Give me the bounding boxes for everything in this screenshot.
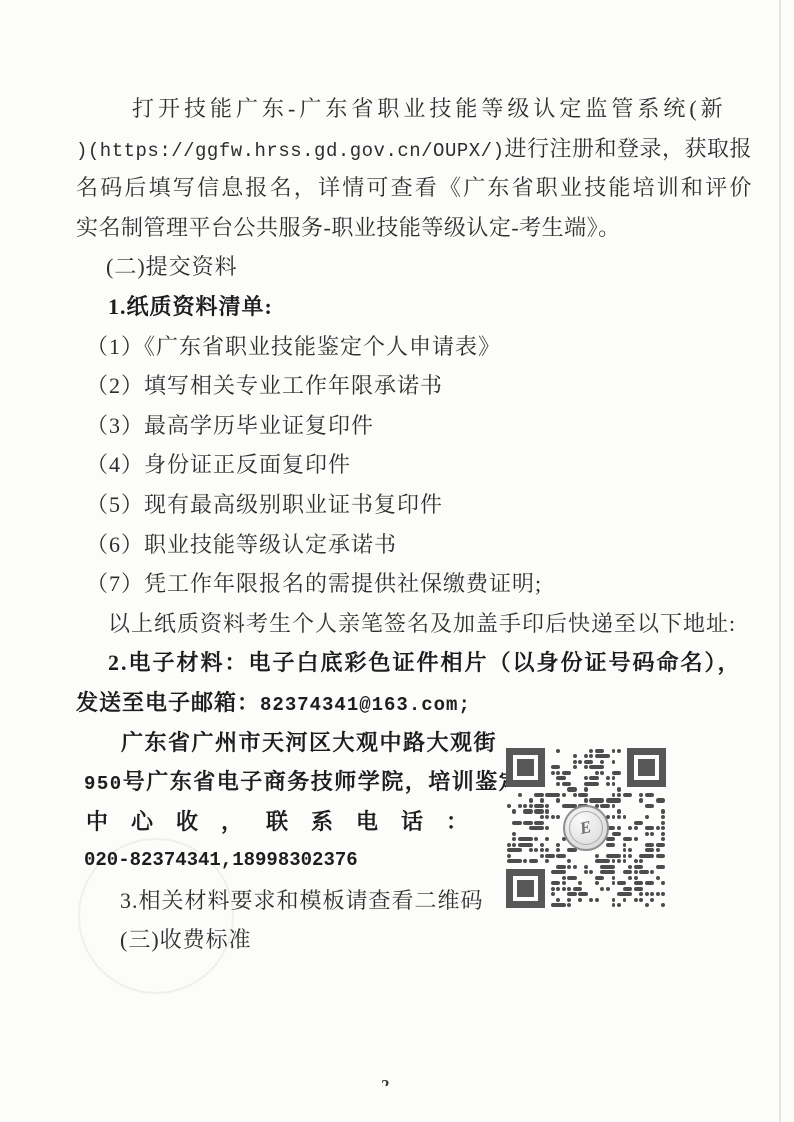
qr-module xyxy=(567,876,576,880)
qr-module xyxy=(556,776,565,780)
qr-module xyxy=(567,865,571,869)
scanned-document-page: 打开技能广东-广东省职业技能等级认定监管系统(新 )(https://ggfw.… xyxy=(0,0,794,1122)
qr-module xyxy=(573,887,582,891)
qr-module xyxy=(645,843,654,847)
qr-module xyxy=(600,870,615,874)
qr-module xyxy=(518,843,533,847)
qr-module xyxy=(584,765,588,769)
qr-module xyxy=(661,832,665,836)
list-heading-paper-materials: 1.纸质资料清单: xyxy=(76,287,736,327)
qr-module xyxy=(573,760,577,764)
qr-module xyxy=(589,749,593,753)
paragraph-registration-line-2: )(https://ggfw.hrss.gd.gov.cn/OUPX/)进行注册… xyxy=(76,129,736,169)
qr-module xyxy=(612,876,616,880)
qr-module xyxy=(606,843,615,847)
qr-module xyxy=(612,776,616,780)
qr-module xyxy=(545,854,554,858)
qr-module xyxy=(589,870,593,874)
qr-module xyxy=(656,843,665,847)
qr-module xyxy=(589,776,598,780)
qr-module xyxy=(540,798,544,802)
section-heading-submit-materials: (二)提交资料 xyxy=(76,247,736,287)
qr-module xyxy=(600,887,604,891)
qr-module xyxy=(617,787,621,791)
qr-module xyxy=(617,793,621,797)
qr-module xyxy=(612,815,616,819)
qr-module xyxy=(612,903,616,907)
qr-module xyxy=(589,898,593,902)
paragraph-registration-line-4: 实名制管理平台公共服务-职业技能等级认定-考生端》。 xyxy=(76,208,736,248)
qr-module xyxy=(606,887,610,891)
qr-module xyxy=(612,859,616,863)
qr-module xyxy=(623,898,627,902)
page-number-partial: 2 xyxy=(381,1077,397,1086)
paragraph-registration-line-2-text: 进行注册和登录，获取报 xyxy=(504,136,752,161)
qr-module xyxy=(617,749,621,753)
qr-module xyxy=(600,760,604,764)
list-item-4: （4）身份证正反面复印件 xyxy=(76,445,736,485)
qr-module xyxy=(534,837,538,841)
qr-module xyxy=(507,848,522,852)
qr-module xyxy=(584,776,588,780)
qr-module xyxy=(595,754,610,758)
qr-module xyxy=(645,892,649,896)
qr-module xyxy=(617,815,621,819)
qr-module xyxy=(529,826,544,830)
qr-module xyxy=(562,876,566,880)
qr-finder-pattern xyxy=(627,748,666,787)
qr-module xyxy=(529,848,533,852)
email-address: 82374341@163.com; xyxy=(260,694,471,716)
qr-module xyxy=(645,826,654,830)
qr-module xyxy=(656,876,660,880)
qr-module xyxy=(595,881,599,885)
qr-module xyxy=(612,804,616,808)
qr-module xyxy=(551,892,555,896)
qr-module xyxy=(628,848,632,852)
qr-module xyxy=(628,854,632,858)
qr-module xyxy=(634,865,643,869)
qr-code: E xyxy=(506,748,666,908)
qr-module xyxy=(623,854,627,858)
list-item-3: （3）最高学历毕业证复印件 xyxy=(76,406,736,446)
qr-module xyxy=(645,903,649,907)
qr-module xyxy=(545,793,560,797)
qr-module xyxy=(523,809,532,813)
qr-module xyxy=(595,854,599,858)
list-item-1: （1）《广东省职业技能鉴定个人申请表》 xyxy=(76,327,736,367)
qr-module xyxy=(562,793,566,797)
qr-module xyxy=(623,837,632,841)
qr-module xyxy=(606,798,621,802)
qr-module xyxy=(507,854,511,858)
qr-module xyxy=(551,771,555,775)
qr-module xyxy=(617,809,621,813)
qr-module xyxy=(634,870,638,874)
qr-module xyxy=(540,815,544,819)
qr-module xyxy=(606,776,610,780)
note-mailing-instruction: 以上纸质资料考生个人亲笔签名及加盖手印后快递至以下地址: xyxy=(76,604,736,644)
qr-module xyxy=(551,815,555,819)
qr-module xyxy=(518,804,522,808)
qr-module xyxy=(639,859,643,863)
qr-module xyxy=(556,865,565,869)
qr-module xyxy=(551,903,566,907)
qr-module xyxy=(529,798,533,802)
qr-module xyxy=(523,804,527,808)
qr-module xyxy=(623,887,632,891)
qr-module xyxy=(523,821,532,825)
electronic-materials-line-2: 发送至电子邮箱：82374341@163.com; xyxy=(76,683,736,723)
qr-module xyxy=(567,903,571,907)
paragraph-registration-line-3: 名码后填写信息报名，详情可查看《广东省职业技能培训和评价 xyxy=(76,168,736,208)
qr-module xyxy=(612,760,616,764)
qr-module xyxy=(534,804,543,808)
qr-module xyxy=(639,892,643,896)
qr-module xyxy=(562,771,571,775)
qr-finder-pattern xyxy=(506,748,545,787)
qr-module xyxy=(507,859,522,863)
qr-module xyxy=(606,854,621,858)
qr-module xyxy=(529,804,533,808)
qr-module xyxy=(512,832,516,836)
qr-module xyxy=(584,865,588,869)
qr-module xyxy=(645,832,649,836)
qr-module xyxy=(661,837,665,841)
qr-module xyxy=(556,749,560,753)
qr-module xyxy=(556,815,560,819)
qr-module xyxy=(645,793,654,797)
qr-finder-pattern xyxy=(506,869,545,908)
qr-finder-core xyxy=(517,880,534,897)
qr-module xyxy=(556,771,560,775)
qr-module xyxy=(545,809,549,813)
qr-module xyxy=(606,782,610,786)
paragraph-registration-line-1: 打开技能广东-广东省职业技能等级认定监管系统(新 xyxy=(76,89,736,129)
qr-module xyxy=(556,887,560,891)
qr-module xyxy=(584,760,593,764)
qr-module xyxy=(534,809,543,813)
qr-module xyxy=(507,804,511,808)
electronic-materials-line-1: 2.电子材料：电子白底彩色证件相片（以身份证号码命名）， xyxy=(76,643,736,683)
qr-module xyxy=(645,804,654,808)
qr-module xyxy=(595,749,604,753)
mailing-address-line-2-text: 号广东省电子商务技师学院，培训鉴定 xyxy=(123,769,523,794)
qr-module xyxy=(661,903,665,907)
qr-module xyxy=(556,898,560,902)
qr-module xyxy=(578,881,582,885)
qr-module xyxy=(617,826,621,830)
qr-module xyxy=(617,903,621,907)
qr-module xyxy=(567,859,571,863)
qr-module xyxy=(634,898,638,902)
qr-finder-core xyxy=(517,759,534,776)
qr-module xyxy=(600,804,609,808)
list-item-6: （6）职业技能等级认定承诺书 xyxy=(76,525,736,565)
qr-module xyxy=(573,793,577,797)
qr-module xyxy=(617,892,632,896)
qr-module xyxy=(567,787,576,791)
qr-module xyxy=(628,876,632,880)
qr-module xyxy=(529,859,538,863)
qr-module xyxy=(650,832,654,836)
qr-module xyxy=(650,892,654,896)
qr-module xyxy=(540,848,544,852)
qr-module xyxy=(645,881,654,885)
qr-module xyxy=(540,854,544,858)
qr-module xyxy=(540,843,544,847)
qr-module xyxy=(556,782,560,786)
qr-module xyxy=(523,859,527,863)
registration-url: )(https://ggfw.hrss.gd.gov.cn/OUPX/) xyxy=(76,140,504,162)
qr-module xyxy=(584,787,588,791)
qr-module xyxy=(606,837,615,841)
qr-module xyxy=(650,870,654,874)
qr-module xyxy=(661,821,665,825)
qr-module xyxy=(584,754,588,758)
qr-module xyxy=(623,843,627,847)
qr-module xyxy=(623,859,627,863)
qr-module xyxy=(578,892,587,896)
qr-module xyxy=(567,898,571,902)
qr-module xyxy=(562,881,566,885)
qr-module xyxy=(612,782,616,786)
qr-module xyxy=(623,793,632,797)
qr-module xyxy=(545,848,549,852)
email-label: 发送至电子邮箱： xyxy=(76,690,260,715)
qr-module xyxy=(573,765,577,769)
qr-module xyxy=(656,892,660,896)
qr-module xyxy=(634,887,643,891)
qr-module xyxy=(562,782,571,786)
street-number: 950 xyxy=(84,773,123,795)
qr-module xyxy=(639,793,643,797)
qr-module xyxy=(507,843,511,847)
qr-module xyxy=(595,859,610,863)
qr-module xyxy=(512,809,516,813)
qr-module xyxy=(518,837,533,841)
qr-module xyxy=(512,837,516,841)
qr-module xyxy=(551,765,560,769)
qr-module xyxy=(589,798,604,802)
qr-module xyxy=(545,826,549,830)
qr-module xyxy=(573,754,577,758)
qr-module xyxy=(623,870,632,874)
qr-module xyxy=(617,881,626,885)
qr-module xyxy=(551,881,560,885)
qr-module xyxy=(645,815,649,819)
qr-module xyxy=(639,898,643,902)
qr-center-seal-logo: E xyxy=(563,805,609,851)
qr-module xyxy=(518,793,522,797)
qr-module xyxy=(567,887,571,891)
qr-module xyxy=(512,821,521,825)
section-heading-fee-standard: (三)收费标准 xyxy=(76,920,736,960)
qr-module xyxy=(612,881,616,885)
qr-module xyxy=(545,815,549,819)
qr-module xyxy=(628,865,632,869)
qr-module xyxy=(545,804,549,808)
qr-module xyxy=(634,837,638,841)
qr-module xyxy=(623,815,627,819)
qr-module xyxy=(551,887,555,891)
qr-module xyxy=(661,892,665,896)
qr-module xyxy=(578,760,582,764)
qr-module xyxy=(661,826,665,830)
qr-module xyxy=(656,798,665,802)
qr-module xyxy=(589,765,604,769)
qr-module xyxy=(634,881,643,885)
qr-module xyxy=(534,848,538,852)
list-item-2: （2）填写相关专业工作年限承诺书 xyxy=(76,366,736,406)
qr-module xyxy=(650,898,654,902)
qr-module xyxy=(656,865,665,869)
qr-module xyxy=(645,848,654,852)
qr-module xyxy=(551,870,566,874)
qr-module xyxy=(661,815,665,819)
qr-module xyxy=(573,865,577,869)
scan-edge-artifact xyxy=(779,0,781,1122)
list-item-7: （7）凭工作年限报名的需提供社保缴费证明; xyxy=(76,564,736,604)
qr-module xyxy=(639,854,654,858)
qr-module xyxy=(634,826,638,830)
qr-module xyxy=(562,887,566,891)
qr-module xyxy=(634,859,638,863)
qr-module xyxy=(578,793,587,797)
qr-module xyxy=(584,782,599,786)
qr-module xyxy=(545,859,549,863)
qr-module xyxy=(656,826,660,830)
qr-module xyxy=(617,859,621,863)
qr-module xyxy=(584,798,588,802)
qr-module xyxy=(534,821,543,825)
qr-module xyxy=(589,754,593,758)
qr-module xyxy=(612,898,616,902)
qr-module xyxy=(661,881,665,885)
qr-module xyxy=(545,837,549,841)
qr-module xyxy=(628,826,632,830)
qr-module xyxy=(612,832,621,836)
qr-module xyxy=(656,848,660,852)
qr-module xyxy=(634,821,643,825)
qr-module xyxy=(661,809,665,813)
qr-finder-core xyxy=(638,759,655,776)
qr-module xyxy=(578,898,582,902)
qr-module xyxy=(656,854,665,858)
qr-module xyxy=(556,854,565,858)
qr-module xyxy=(600,865,615,869)
qr-module xyxy=(623,848,627,852)
qr-module xyxy=(584,870,588,874)
qr-module xyxy=(567,892,576,896)
qr-module xyxy=(612,793,616,797)
qr-module xyxy=(639,870,648,874)
list-item-5: （5）现有最高级别职业证书复印件 xyxy=(76,485,736,525)
qr-module xyxy=(595,898,599,902)
qr-module xyxy=(512,843,516,847)
qr-module xyxy=(612,749,616,753)
qr-module xyxy=(600,771,604,775)
qr-module xyxy=(634,876,638,880)
qr-module xyxy=(556,843,560,847)
qr-module xyxy=(556,848,560,852)
qr-module xyxy=(556,798,560,802)
qr-module xyxy=(595,876,604,880)
qr-module xyxy=(612,771,621,775)
qr-module xyxy=(595,771,599,775)
qr-module xyxy=(639,798,643,802)
qr-module xyxy=(534,793,543,797)
